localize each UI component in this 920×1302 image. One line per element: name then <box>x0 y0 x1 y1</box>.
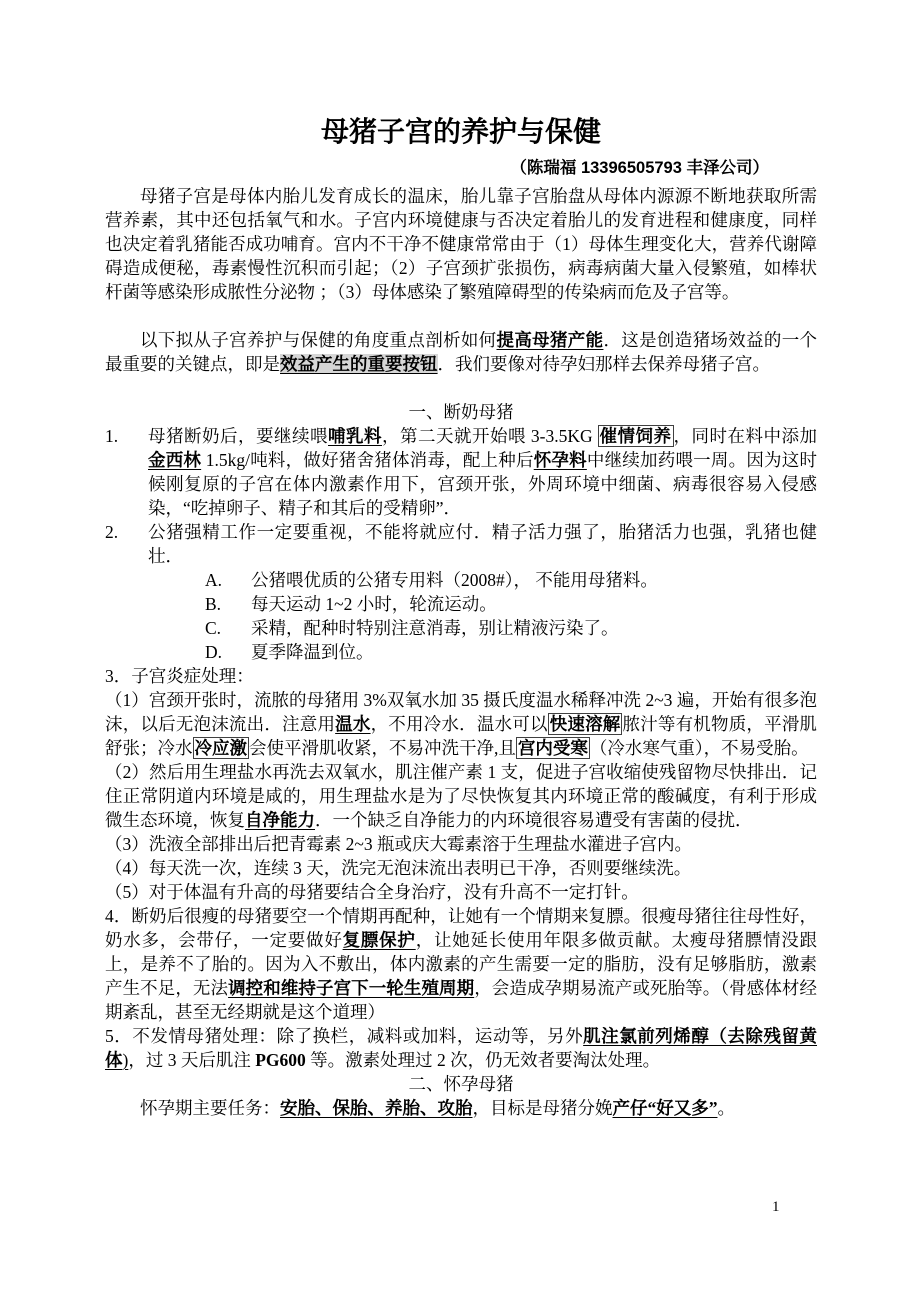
sublist-text: 采精，配种时特别注意消毒，别让精液污染了。 <box>251 618 619 638</box>
sublist-letter: C. <box>205 616 221 640</box>
sublist-letter: A. <box>205 568 222 592</box>
text-run: 5．不发情母猪处理：除了换栏，减料或加料，运动等，另外 <box>105 1026 583 1046</box>
text-run: （3）洗液全部排出后把青霉素 2~3 瓶或庆大霉素溶于生理盐水灌进子宫内。 <box>105 834 692 854</box>
list-item-1: 1. 母猪断奶后，要继续喂哺乳料，第二天就开始喂 3-3.5KG 催情饲养，同时… <box>105 424 817 520</box>
styled-text-run: 提高母猪产能 <box>497 330 604 350</box>
text-run: ，过 3 天后肌注 <box>128 1050 255 1070</box>
styled-text-run: 温水 <box>335 714 370 734</box>
author-byline: （陈瑞福 13396505793 丰泽公司） <box>105 156 817 180</box>
styled-text-run: 宫内受寒 <box>516 737 590 759</box>
styled-text-run: PG600 <box>255 1050 306 1070</box>
styled-text-run: 产仔“好又多” <box>613 1098 718 1118</box>
text-run: 母猪断奶后，要继续喂 <box>148 426 328 446</box>
text-run: ．一个缺乏自净能力的内环境很容易遭受有害菌的侵扰． <box>315 810 753 830</box>
sublist-text: 夏季降温到位。 <box>251 642 374 662</box>
treatment-step-4: （4）每天洗一次，连续 3 天，洗完无泡沫流出表明已干净，否则要继续洗。 <box>105 856 817 880</box>
list-item-4: 4．断奶后很瘦的母猪要空一个情期再配种，让她有一个情期来复膘。很瘦母猪往往母性好… <box>105 904 817 1024</box>
section-heading-pregnant: 二、怀孕母猪 <box>105 1072 817 1096</box>
sublist-item-a: A. 公猪喂优质的公猪专用料（2008#）， 不能用母猪料。 <box>205 568 817 592</box>
text-run: 会使平滑肌收紧，不易冲洗干净,且 <box>249 738 516 758</box>
text-run: 公猪强精工作一定要重视，不能将就应付．精子活力强了，胎猪活力也强，乳猪也健壮． <box>148 522 817 566</box>
document-title: 母猪子宫的养护与保健 <box>105 114 817 150</box>
text-run: （4）每天洗一次，连续 3 天，洗完无泡沫流出表明已干净，否则要继续洗。 <box>105 858 691 878</box>
text-run: ．我们要像对待孕妇那样去保养母猪子宫。 <box>438 354 771 374</box>
treatment-step-3: （3）洗液全部排出后把青霉素 2~3 瓶或庆大霉素溶于生理盐水灌进子宫内。 <box>105 832 817 856</box>
styled-text-run: 快速溶解 <box>548 713 623 735</box>
styled-text-run: 安胎、保胎、养胎、攻胎 <box>280 1098 473 1118</box>
text-run: ，目标是母猪分娩 <box>473 1098 613 1118</box>
text-run: 。 <box>718 1098 736 1118</box>
styled-text-run: 哺乳料 <box>328 426 382 446</box>
text-run: ，第二天就开始喂 3-3.5KG <box>382 426 597 446</box>
list-item-2: 2. 公猪强精工作一定要重视，不能将就应付．精子活力强了，胎猪活力也强，乳猪也健… <box>105 520 817 568</box>
styled-text-run: 催情饲养 <box>598 425 674 447</box>
styled-text-run: 调控和维持子宫下一轮生殖周期 <box>228 978 474 998</box>
treatment-step-1: （1）宫颈开张时，流脓的母猪用 3%双氧水加 35 摄氏度温水稀释冲洗 2~3 … <box>105 688 817 760</box>
list-item-3-heading: 3．子宫炎症处理： <box>105 664 817 688</box>
text-run: 等。激素处理过 2 次，仍无效者要淘汰处理。 <box>306 1050 660 1070</box>
page-number: 1 <box>772 1198 780 1216</box>
document-page: 母猪子宫的养护与保健 （陈瑞福 13396505793 丰泽公司） 母猪子宫是母… <box>0 0 920 1302</box>
text-run: （冷水寒气重），不易受胎。 <box>590 738 809 758</box>
sublist-letter: B. <box>205 592 221 616</box>
sublist-item-d: D. 夏季降温到位。 <box>205 640 817 664</box>
list-item-text: 公猪强精工作一定要重视，不能将就应付．精子活力强了，胎猪活力也强，乳猪也健壮． <box>148 522 817 566</box>
page-content: 母猪子宫的养护与保健 （陈瑞福 13396505793 丰泽公司） 母猪子宫是母… <box>105 0 817 1120</box>
styled-text-run: 怀孕料 <box>534 450 587 470</box>
styled-text-run: 效益产生的重要按钮 <box>280 354 438 374</box>
text-run: 怀孕期主要任务： <box>140 1098 280 1118</box>
thesis-paragraph: 以下拟从子宫养护与保健的角度重点剖析如何提高母猪产能．这是创造猪场效益的一个最重… <box>105 328 817 376</box>
list-marker: 2. <box>105 520 148 544</box>
pregnancy-task-paragraph: 怀孕期主要任务：安胎、保胎、养胎、攻胎，目标是母猪分娩产仔“好又多”。 <box>105 1096 817 1120</box>
text-run: ，不用冷水．温水可以 <box>371 714 548 734</box>
sublist-letter: D. <box>205 640 222 664</box>
text-run: （5）对于体温有升高的母猪要结合全身治疗，没有升高不一定打针。 <box>105 882 639 902</box>
sublist-item-b: B. 每天运动 1~2 小时，轮流运动。 <box>205 592 817 616</box>
sublist-item-c: C. 采精，配种时特别注意消毒，别让精液污染了。 <box>205 616 817 640</box>
styled-text-run: 金西林 <box>148 450 201 470</box>
text-run: 3．子宫炎症处理： <box>105 666 254 686</box>
styled-text-run: 冷应激 <box>193 737 250 759</box>
text-run: 母猪子宫是母体内胎儿发育成长的温床，胎儿靠子宫胎盘从母体内源源不断地获取所需营养… <box>105 186 817 302</box>
text-run: ，同时在料中添加 <box>674 426 818 446</box>
treatment-step-5: （5）对于体温有升高的母猪要结合全身治疗，没有升高不一定打针。 <box>105 880 817 904</box>
treatment-step-2: （2）然后用生理盐水再洗去双氧水，肌注催产素 1 支，促进子宫收缩使残留物尽快排… <box>105 760 817 832</box>
section-heading-weaning: 一、断奶母猪 <box>105 400 817 424</box>
text-run: 1.5kg/吨料，做好猪舍猪体消毒，配上种后 <box>201 450 534 470</box>
list-marker: 1. <box>105 424 148 448</box>
sublist-text: 公猪喂优质的公猪专用料（2008#）， 不能用母猪料。 <box>251 570 658 590</box>
list-item-text: 母猪断奶后，要继续喂哺乳料，第二天就开始喂 3-3.5KG 催情饲养，同时在料中… <box>148 425 817 518</box>
text-run: 以下拟从子宫养护与保健的角度重点剖析如何 <box>140 330 497 350</box>
sublist-text: 每天运动 1~2 小时，轮流运动。 <box>251 594 497 614</box>
list-item-5: 5．不发情母猪处理：除了换栏，减料或加料，运动等，另外肌注氯前列烯醇（去除残留黄… <box>105 1024 817 1072</box>
intro-paragraph: 母猪子宫是母体内胎儿发育成长的温床，胎儿靠子宫胎盘从母体内源源不断地获取所需营养… <box>105 184 817 304</box>
styled-text-run: 自净能力 <box>245 810 315 830</box>
styled-text-run: 复膘保护 <box>343 930 416 950</box>
